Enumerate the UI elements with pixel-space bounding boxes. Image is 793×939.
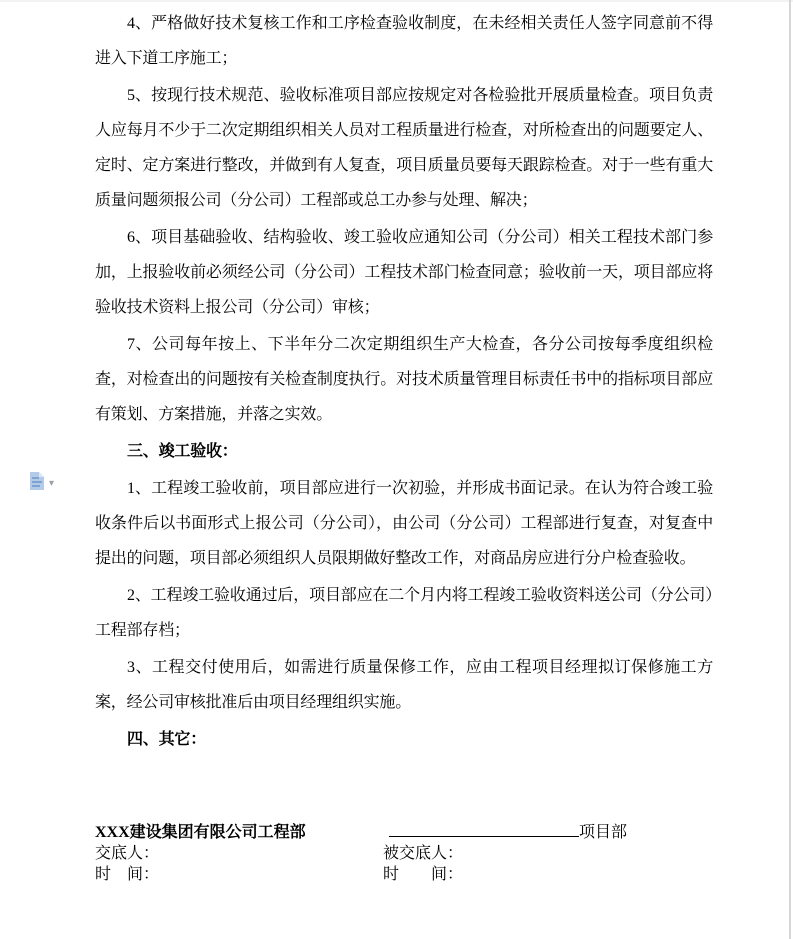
- paragraph-s3-1: 1、工程竣工验收前，项目部应进行一次初验，并形成书面记录。在认为符合竣工验收条件…: [95, 471, 713, 576]
- company-department-label: XXX建设集团有限公司工程部: [95, 822, 383, 843]
- signature-row-person: 交底人： 被交底人：: [95, 843, 713, 864]
- section-heading-other: 四、其它：: [95, 722, 713, 757]
- paragraph-7: 7、公司每年按上、下半年分二次定期组织生产大检查，各分公司按每季度组织检查，对检…: [95, 327, 713, 432]
- document-body: 4、严格做好技术复核工作和工序检查验收制度，在未经相关责任人签字同意前不得进入下…: [95, 0, 713, 885]
- page-right-edge: [789, 0, 791, 939]
- briefed-label: 被交底人：: [383, 843, 463, 864]
- project-department-label: 项目部: [579, 824, 627, 841]
- signature-row-org: XXX建设集团有限公司工程部 项目部: [95, 822, 713, 843]
- paragraph-s3-2: 2、工程竣工验收通过后，项目部应在二个月内将工程竣工验收资料送公司（分公司）工程…: [95, 578, 713, 648]
- paste-options-button[interactable]: ▾: [29, 471, 54, 491]
- section-heading-completion-acceptance: 三、竣工验收：: [95, 434, 713, 469]
- paste-options-clipboard-icon: [29, 471, 45, 491]
- document-page: ▾ 4、严格做好技术复核工作和工序检查验收制度，在未经相关责任人签字同意前不得进…: [0, 0, 793, 939]
- paragraph-4: 4、严格做好技术复核工作和工序检查验收制度，在未经相关责任人签字同意前不得进入下…: [95, 6, 713, 76]
- paragraph-s3-3: 3、工程交付使用后，如需进行质量保修工作，应由工程项目经理拟订保修施工方案，经公…: [95, 650, 713, 720]
- briefer-label: 交底人：: [95, 843, 383, 864]
- time-label-right: 时 间：: [383, 864, 463, 885]
- project-name-blank-underline: [389, 822, 579, 837]
- signature-block: XXX建设集团有限公司工程部 项目部 交底人： 被交底人： 时 间： 时 间：: [95, 822, 713, 885]
- paragraph-5: 5、按现行技术规范、验收标准项目部应按规定对各检验批开展质量检查。项目负责人应每…: [95, 78, 713, 218]
- signature-row-time: 时 间： 时 间：: [95, 864, 713, 885]
- time-label-left: 时 间：: [95, 864, 383, 885]
- paragraph-6: 6、项目基础验收、结构验收、竣工验收应通知公司（分公司）相关工程技术部门参加，上…: [95, 220, 713, 325]
- chevron-down-icon: ▾: [49, 479, 54, 489]
- project-department-field: 项目部: [383, 822, 627, 843]
